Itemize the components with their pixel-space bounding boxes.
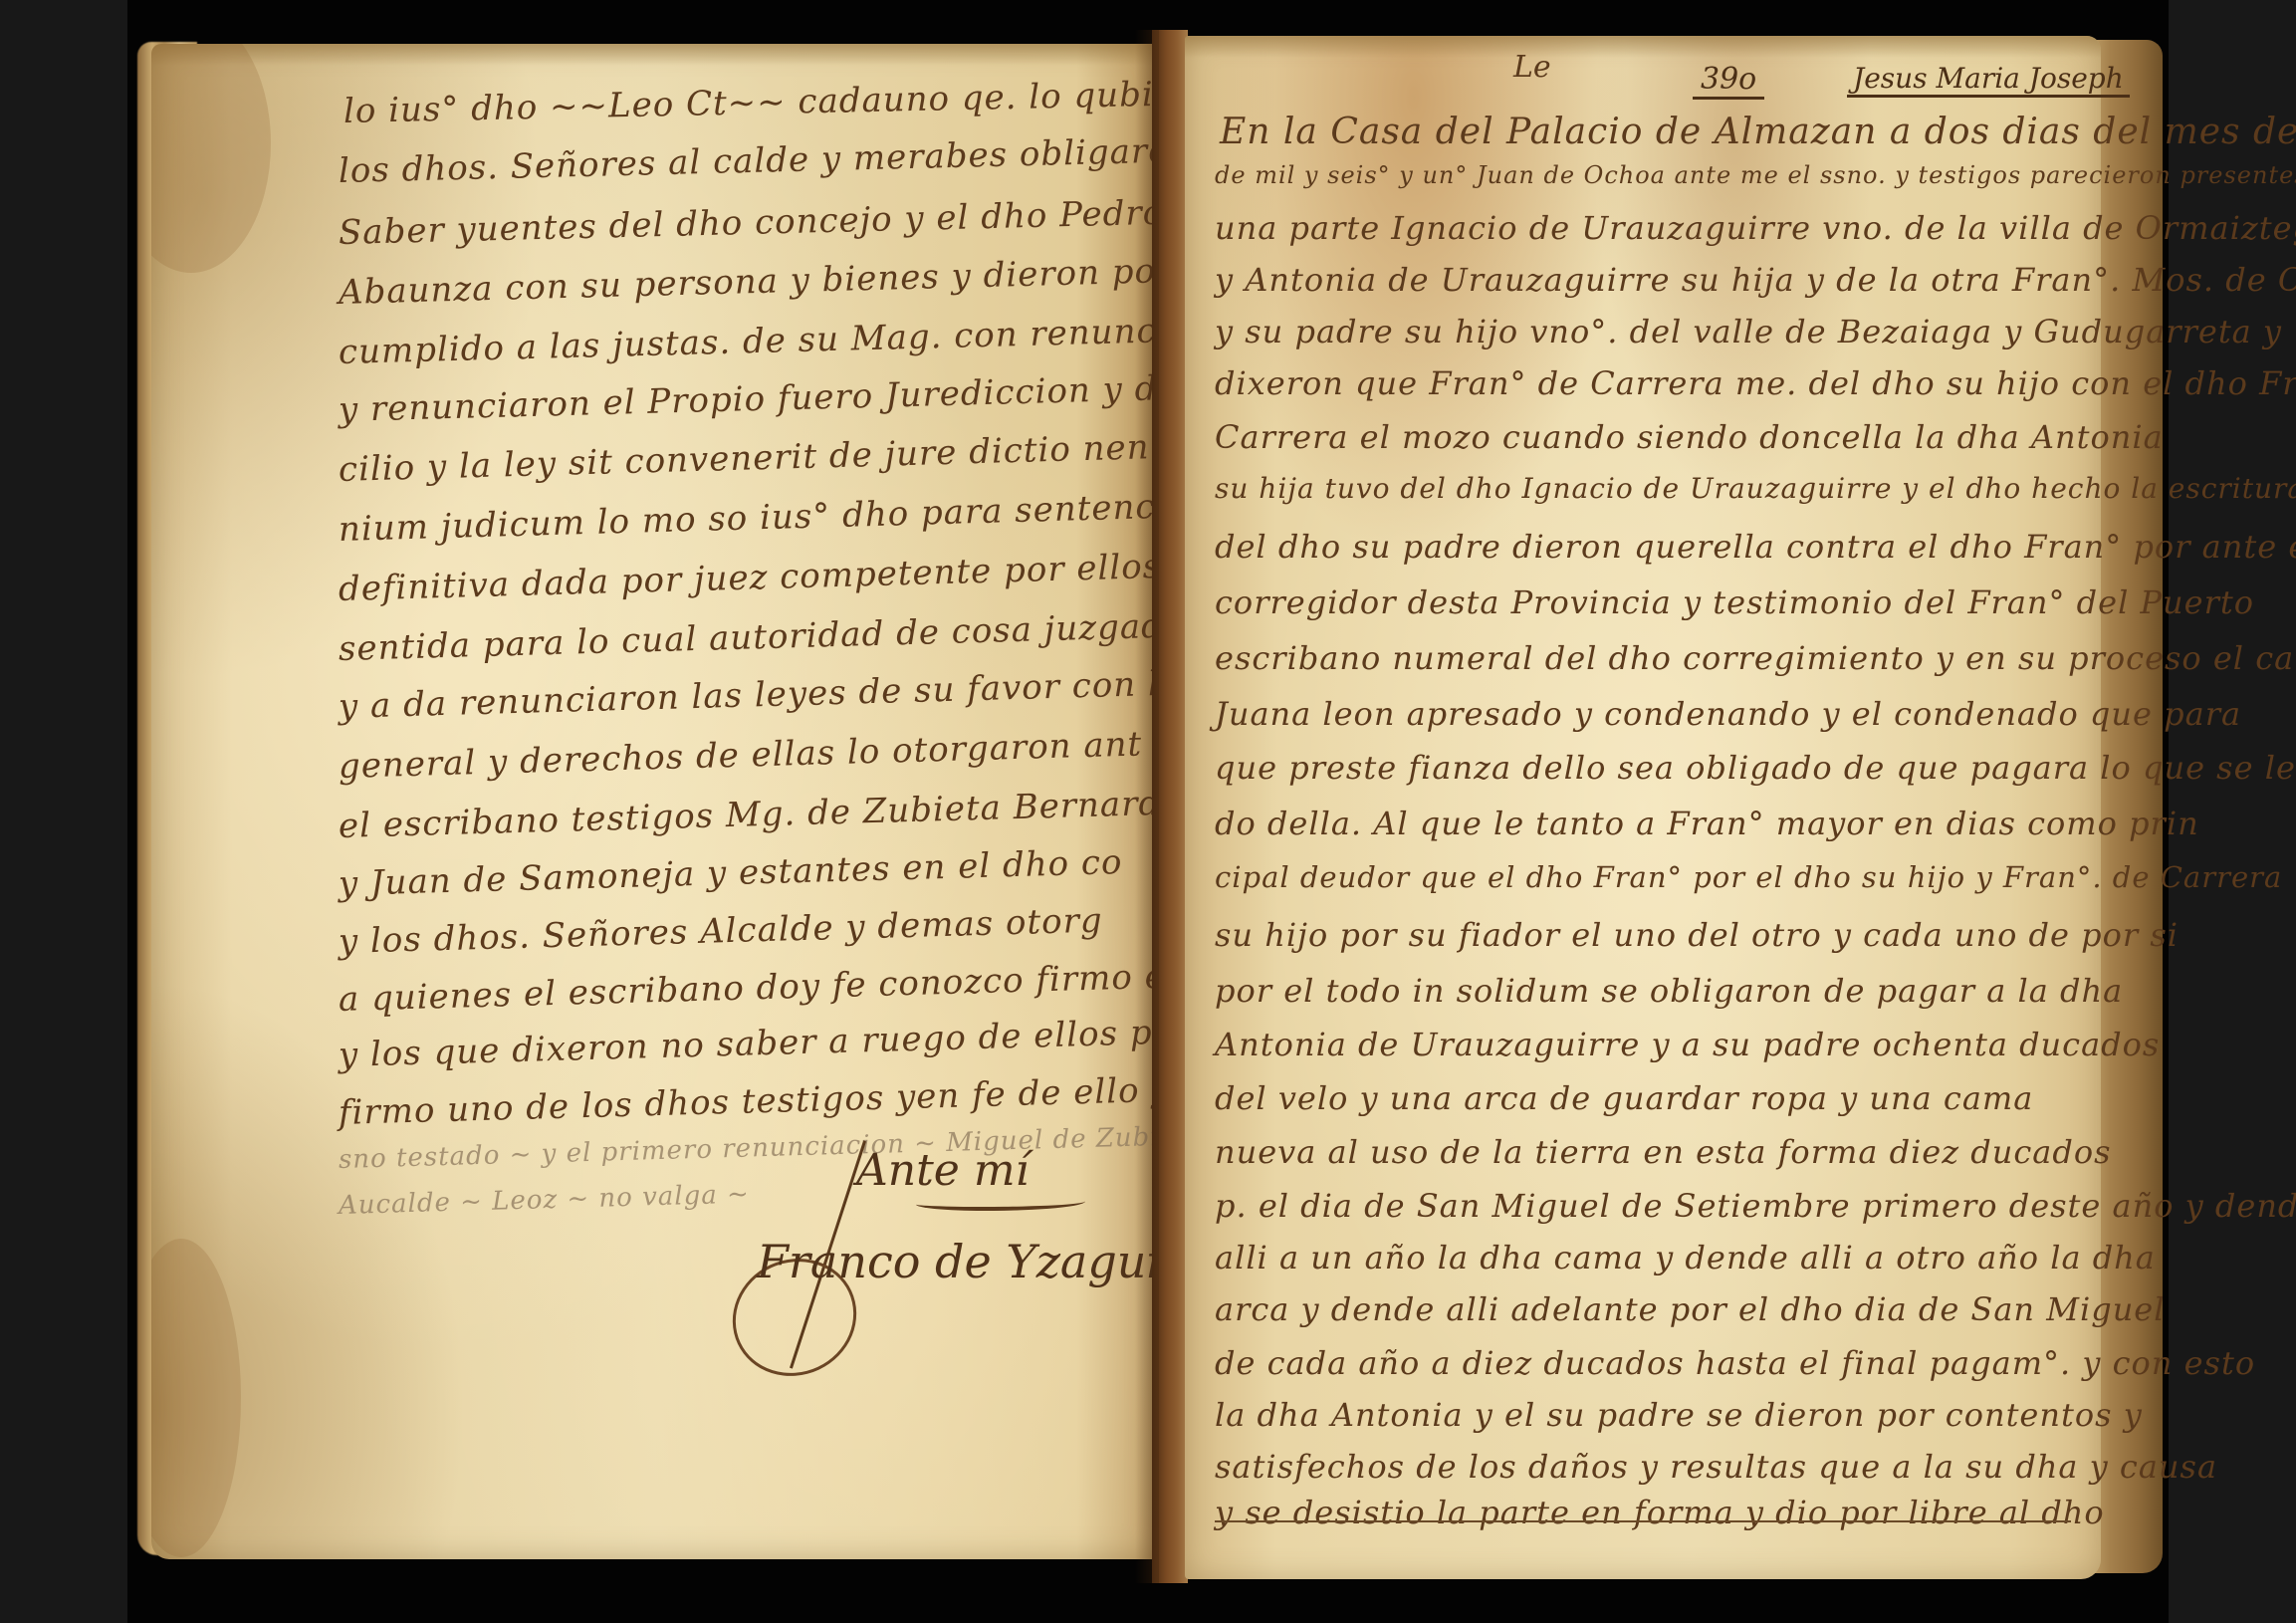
manuscript-line: su hija tuvo del dho Ignacio de Urauzagu… [1215, 472, 2296, 505]
manuscript-line: escribano numeral del dho corregimiento … [1215, 639, 2296, 677]
paper-fold [151, 44, 1157, 66]
manuscript-line: del dho su padre dieron querella contra … [1215, 528, 2296, 566]
manuscript-line: nueva al uso de la tierra en esta forma … [1215, 1133, 2112, 1171]
manuscript-line: satisfechos de los daños y resultas que … [1215, 1448, 2217, 1486]
folio-number: 39o [1693, 62, 1764, 100]
manuscript-line: la dha Antonia y el su padre se dieron p… [1215, 1396, 2143, 1434]
water-stain [151, 1239, 241, 1557]
gutter-shadow [1135, 30, 1159, 1583]
manuscript-line: p. el dia de San Miguel de Setiembre pri… [1215, 1187, 2296, 1225]
manuscript-line: dixeron que Fran° de Carrera me. del dho… [1215, 364, 2296, 402]
manuscript-line: arca y dende alli adelante por el dho di… [1215, 1290, 2165, 1328]
manuscript-line: de mil y seis° y un° Juan de Ochoa ante … [1215, 161, 2296, 189]
signature-ante-mi: Ante mí [856, 1145, 1030, 1196]
manuscript-line: por el todo in solidum se obligaron de p… [1215, 972, 2123, 1010]
manuscript-line: y se desistio la parte en forma y dio po… [1215, 1494, 2105, 1531]
manuscript-line: do della. Al que le tanto a Fran° mayor … [1215, 805, 2199, 842]
manuscript-line: cipal deudor que el dho Fran° por el dho… [1215, 860, 2282, 894]
manuscript-line: su hijo por su fiador el uno del otro y … [1215, 916, 2179, 954]
manuscript-line: y Antonia de Urauzaguirre su hija y de l… [1215, 261, 2296, 299]
top-mark: Le [1513, 50, 1551, 85]
manuscript-line: y su padre su hijo vno°. del valle de Be… [1215, 313, 2282, 350]
closing-rule [1215, 1520, 2071, 1522]
paper-fold [1185, 36, 2101, 58]
manuscript-line: En la Casa del Palacio de Almazan a dos … [1220, 112, 2296, 152]
manuscript-line: Juana leon apresado y condenando y el co… [1215, 695, 2241, 733]
manuscript-line: que preste fianza dello sea obligado de … [1215, 749, 2296, 787]
manuscript-line: alli a un año la dha cama y dende alli a… [1215, 1239, 2156, 1276]
manuscript-line: Antonia de Urauzaguirre y a su padre och… [1215, 1026, 2160, 1063]
manuscript-line: de cada año a diez ducados hasta el fina… [1215, 1344, 2255, 1382]
water-stain [151, 44, 271, 273]
manuscript-line: corregidor desta Provincia y testimonio … [1215, 583, 2254, 621]
top-annotation: Jesus Maria Joseph [1847, 62, 2130, 98]
manuscript-line: una parte Ignacio de Urauzaguirre vno. d… [1215, 209, 2296, 247]
manuscript-line: Carrera el mozo cuando siendo doncella l… [1215, 418, 2164, 456]
manuscript-line: del velo y una arca de guardar ropa y un… [1215, 1079, 2033, 1117]
